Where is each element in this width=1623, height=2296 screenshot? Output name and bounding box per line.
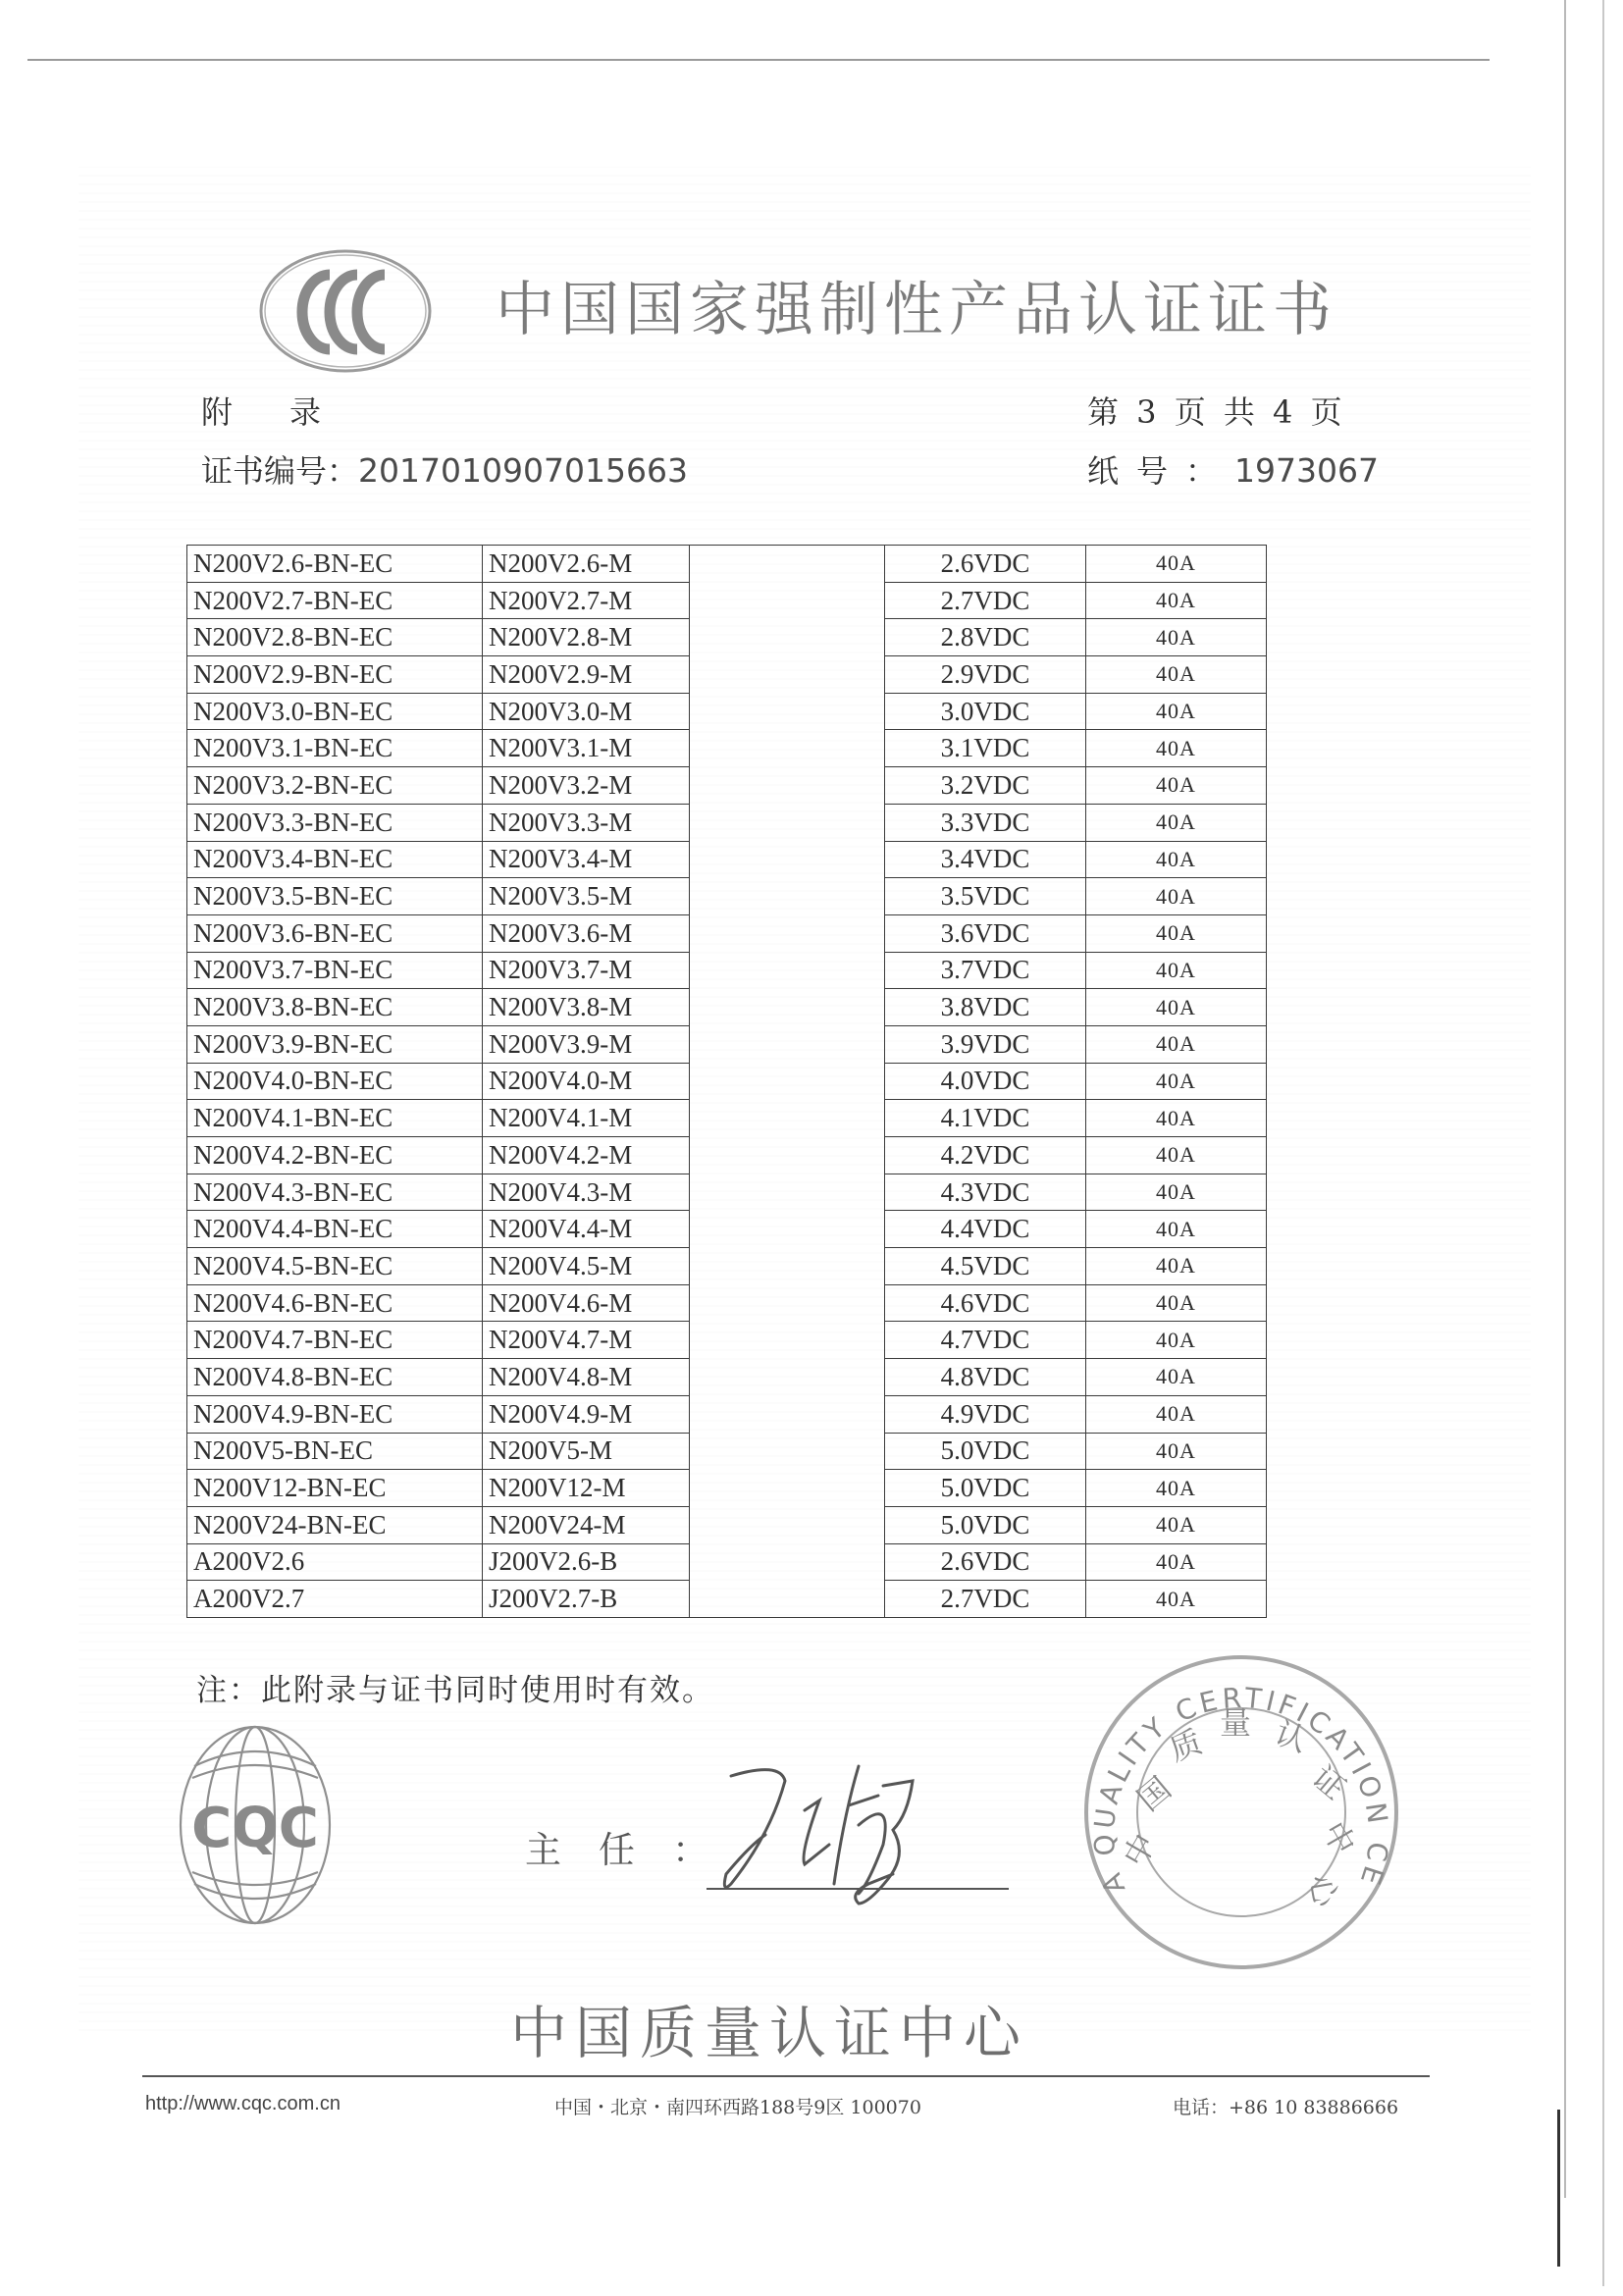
product-model-cell: N200V4.6-BN-EC bbox=[187, 1284, 483, 1322]
svg-text:心: 心 bbox=[1302, 1872, 1344, 1910]
footer-address: 中国・北京・南四环西路188号9区 100070 bbox=[554, 2093, 921, 2119]
product-model-cell: N200V3.4-BN-EC bbox=[187, 841, 483, 878]
product-model-cell: N200V4.2-BN-EC bbox=[187, 1137, 483, 1174]
voltage-cell: 3.1VDC bbox=[885, 730, 1086, 767]
paper-number-value: 1973067 bbox=[1234, 451, 1379, 490]
current-cell: 40A bbox=[1086, 619, 1267, 656]
current-cell: 40A bbox=[1086, 1100, 1267, 1137]
footer-phone: 电话：+86 10 83886666 bbox=[1173, 2093, 1398, 2119]
voltage-cell: 5.0VDC bbox=[885, 1470, 1086, 1507]
product-model-cell: N200V4.0-BN-EC bbox=[187, 1063, 483, 1100]
module-model-cell: N200V3.8-M bbox=[483, 989, 690, 1026]
current-cell: 40A bbox=[1086, 730, 1267, 767]
product-model-cell: N200V4.3-BN-EC bbox=[187, 1174, 483, 1211]
module-model-cell: N200V5-M bbox=[483, 1433, 690, 1470]
scan-edge-line bbox=[1564, 0, 1566, 2198]
current-cell: 40A bbox=[1086, 546, 1267, 583]
current-cell: 40A bbox=[1086, 1211, 1267, 1248]
module-model-cell: N200V4.4-M bbox=[483, 1211, 690, 1248]
current-cell: 40A bbox=[1086, 1284, 1267, 1322]
voltage-cell: 3.6VDC bbox=[885, 914, 1086, 952]
voltage-cell: 4.0VDC bbox=[885, 1063, 1086, 1100]
voltage-cell: 4.2VDC bbox=[885, 1137, 1086, 1174]
certificate-number: 证书编号：2017010907015663 bbox=[201, 446, 688, 492]
page-indicator: 第 3 页 共 4 页 bbox=[1087, 388, 1342, 433]
current-cell: 40A bbox=[1086, 1063, 1267, 1100]
current-cell: 40A bbox=[1086, 914, 1267, 952]
product-model-cell: N200V3.3-BN-EC bbox=[187, 804, 483, 841]
merged-blank-cell bbox=[690, 546, 885, 1618]
current-cell: 40A bbox=[1086, 952, 1267, 989]
footer-website-link[interactable]: http://www.cqc.com.cn bbox=[145, 2093, 340, 2115]
voltage-cell: 2.7VDC bbox=[885, 582, 1086, 619]
scan-top-line bbox=[27, 59, 1490, 61]
voltage-cell: 3.2VDC bbox=[885, 767, 1086, 805]
voltage-cell: 4.3VDC bbox=[885, 1174, 1086, 1211]
paper-number: 纸号：1973067 bbox=[1087, 446, 1379, 492]
module-model-cell: N200V3.3-M bbox=[483, 804, 690, 841]
footer-divider bbox=[142, 2075, 1430, 2077]
svg-text:量: 量 bbox=[1220, 1704, 1251, 1742]
voltage-cell: 2.7VDC bbox=[885, 1581, 1086, 1618]
current-cell: 40A bbox=[1086, 1433, 1267, 1470]
current-cell: 40A bbox=[1086, 841, 1267, 878]
voltage-cell: 4.1VDC bbox=[885, 1100, 1086, 1137]
module-model-cell: J200V2.7-B bbox=[483, 1581, 690, 1618]
organization-name: 中国质量认证中心 bbox=[510, 1987, 1028, 2069]
current-cell: 40A bbox=[1086, 1581, 1267, 1618]
product-model-cell: N200V3.9-BN-EC bbox=[187, 1025, 483, 1063]
module-model-cell: N200V12-M bbox=[483, 1470, 690, 1507]
module-model-cell: N200V24-M bbox=[483, 1506, 690, 1543]
voltage-cell: 2.6VDC bbox=[885, 546, 1086, 583]
module-model-cell: N200V4.8-M bbox=[483, 1359, 690, 1396]
product-model-cell: N200V4.7-BN-EC bbox=[187, 1322, 483, 1359]
current-cell: 40A bbox=[1086, 878, 1267, 915]
product-model-cell: A200V2.6 bbox=[187, 1543, 483, 1581]
voltage-cell: 2.9VDC bbox=[885, 656, 1086, 694]
module-model-cell: N200V3.6-M bbox=[483, 914, 690, 952]
current-cell: 40A bbox=[1086, 693, 1267, 730]
product-model-cell: N200V24-BN-EC bbox=[187, 1506, 483, 1543]
product-model-cell: N200V4.5-BN-EC bbox=[187, 1248, 483, 1285]
module-model-cell: N200V2.6-M bbox=[483, 546, 690, 583]
ccc-logo-icon bbox=[257, 247, 434, 375]
svg-text:中: 中 bbox=[1315, 1815, 1363, 1861]
validity-note: 注：此附录与证书同时使用时有效。 bbox=[196, 1665, 714, 1709]
current-cell: 40A bbox=[1086, 1322, 1267, 1359]
scan-edge-line bbox=[1557, 2110, 1560, 2267]
module-model-cell: N200V2.7-M bbox=[483, 582, 690, 619]
voltage-cell: 3.0VDC bbox=[885, 693, 1086, 730]
module-model-cell: N200V4.7-M bbox=[483, 1322, 690, 1359]
voltage-cell: 3.5VDC bbox=[885, 878, 1086, 915]
voltage-cell: 3.7VDC bbox=[885, 952, 1086, 989]
paper-number-label: 纸号： bbox=[1087, 452, 1234, 490]
product-model-cell: N200V12-BN-EC bbox=[187, 1470, 483, 1507]
signature-line bbox=[707, 1888, 1009, 1890]
current-cell: 40A bbox=[1086, 1248, 1267, 1285]
product-model-cell: N200V3.0-BN-EC bbox=[187, 693, 483, 730]
module-model-cell: N200V3.1-M bbox=[483, 730, 690, 767]
voltage-cell: 4.7VDC bbox=[885, 1322, 1086, 1359]
module-model-cell: N200V3.5-M bbox=[483, 878, 690, 915]
module-model-cell: N200V3.9-M bbox=[483, 1025, 690, 1063]
voltage-cell: 5.0VDC bbox=[885, 1506, 1086, 1543]
module-model-cell: N200V2.9-M bbox=[483, 656, 690, 694]
current-cell: 40A bbox=[1086, 989, 1267, 1026]
module-model-cell: N200V3.4-M bbox=[483, 841, 690, 878]
module-model-cell: N200V3.2-M bbox=[483, 767, 690, 805]
current-cell: 40A bbox=[1086, 1395, 1267, 1433]
module-model-cell: N200V4.2-M bbox=[483, 1137, 690, 1174]
voltage-cell: 3.9VDC bbox=[885, 1025, 1086, 1063]
voltage-cell: 5.0VDC bbox=[885, 1433, 1086, 1470]
voltage-cell: 4.9VDC bbox=[885, 1395, 1086, 1433]
current-cell: 40A bbox=[1086, 1506, 1267, 1543]
module-model-cell: J200V2.6-B bbox=[483, 1543, 690, 1581]
product-model-cell: N200V3.2-BN-EC bbox=[187, 767, 483, 805]
module-model-cell: N200V4.3-M bbox=[483, 1174, 690, 1211]
current-cell: 40A bbox=[1086, 1025, 1267, 1063]
module-model-cell: N200V2.8-M bbox=[483, 619, 690, 656]
product-table: N200V2.6-BN-ECN200V2.6-M2.6VDC40AN200V2.… bbox=[186, 545, 1267, 1618]
product-model-cell: N200V4.1-BN-EC bbox=[187, 1100, 483, 1137]
module-model-cell: N200V3.7-M bbox=[483, 952, 690, 989]
voltage-cell: 3.4VDC bbox=[885, 841, 1086, 878]
product-model-cell: N200V2.9-BN-EC bbox=[187, 656, 483, 694]
current-cell: 40A bbox=[1086, 1359, 1267, 1396]
product-model-cell: N200V3.8-BN-EC bbox=[187, 989, 483, 1026]
product-model-cell: A200V2.7 bbox=[187, 1581, 483, 1618]
product-model-cell: N200V3.6-BN-EC bbox=[187, 914, 483, 952]
current-cell: 40A bbox=[1086, 1543, 1267, 1581]
product-model-cell: N200V4.9-BN-EC bbox=[187, 1395, 483, 1433]
current-cell: 40A bbox=[1086, 1137, 1267, 1174]
product-model-cell: N200V4.4-BN-EC bbox=[187, 1211, 483, 1248]
current-cell: 40A bbox=[1086, 804, 1267, 841]
module-model-cell: N200V4.6-M bbox=[483, 1284, 690, 1322]
module-model-cell: N200V3.0-M bbox=[483, 693, 690, 730]
certificate-number-value: 2017010907015663 bbox=[358, 451, 688, 490]
certification-stamp-icon: CHINA QUALITY CERTIFICATION CENTRE 中 国 质… bbox=[1065, 1644, 1418, 1982]
cqc-globe-logo-icon: CQC bbox=[177, 1717, 334, 1933]
product-model-cell: N200V2.8-BN-EC bbox=[187, 619, 483, 656]
voltage-cell: 4.5VDC bbox=[885, 1248, 1086, 1285]
module-model-cell: N200V4.0-M bbox=[483, 1063, 690, 1100]
document-title: 中国国家强制性产品认证证书 bbox=[496, 263, 1337, 347]
voltage-cell: 4.8VDC bbox=[885, 1359, 1086, 1396]
appendix-label: 附录 bbox=[201, 388, 378, 433]
voltage-cell: 3.3VDC bbox=[885, 804, 1086, 841]
product-model-cell: N200V4.8-BN-EC bbox=[187, 1359, 483, 1396]
module-model-cell: N200V4.5-M bbox=[483, 1248, 690, 1285]
voltage-cell: 4.6VDC bbox=[885, 1284, 1086, 1322]
scan-edge-line bbox=[1602, 0, 1604, 2286]
director-signature bbox=[711, 1756, 1006, 1913]
current-cell: 40A bbox=[1086, 656, 1267, 694]
voltage-cell: 2.6VDC bbox=[885, 1543, 1086, 1581]
current-cell: 40A bbox=[1086, 582, 1267, 619]
product-model-cell: N200V2.6-BN-EC bbox=[187, 546, 483, 583]
module-model-cell: N200V4.1-M bbox=[483, 1100, 690, 1137]
module-model-cell: N200V4.9-M bbox=[483, 1395, 690, 1433]
product-model-cell: N200V3.1-BN-EC bbox=[187, 730, 483, 767]
product-model-cell: N200V3.7-BN-EC bbox=[187, 952, 483, 989]
voltage-cell: 2.8VDC bbox=[885, 619, 1086, 656]
product-model-cell: N200V5-BN-EC bbox=[187, 1433, 483, 1470]
current-cell: 40A bbox=[1086, 1174, 1267, 1211]
voltage-cell: 4.4VDC bbox=[885, 1211, 1086, 1248]
current-cell: 40A bbox=[1086, 767, 1267, 805]
voltage-cell: 3.8VDC bbox=[885, 989, 1086, 1026]
certificate-number-label: 证书编号： bbox=[201, 452, 358, 490]
product-model-cell: N200V2.7-BN-EC bbox=[187, 582, 483, 619]
product-model-cell: N200V3.5-BN-EC bbox=[187, 878, 483, 915]
table-row: N200V2.6-BN-ECN200V2.6-M2.6VDC40A bbox=[187, 546, 1267, 583]
svg-text:CQC: CQC bbox=[191, 1797, 319, 1860]
current-cell: 40A bbox=[1086, 1470, 1267, 1507]
